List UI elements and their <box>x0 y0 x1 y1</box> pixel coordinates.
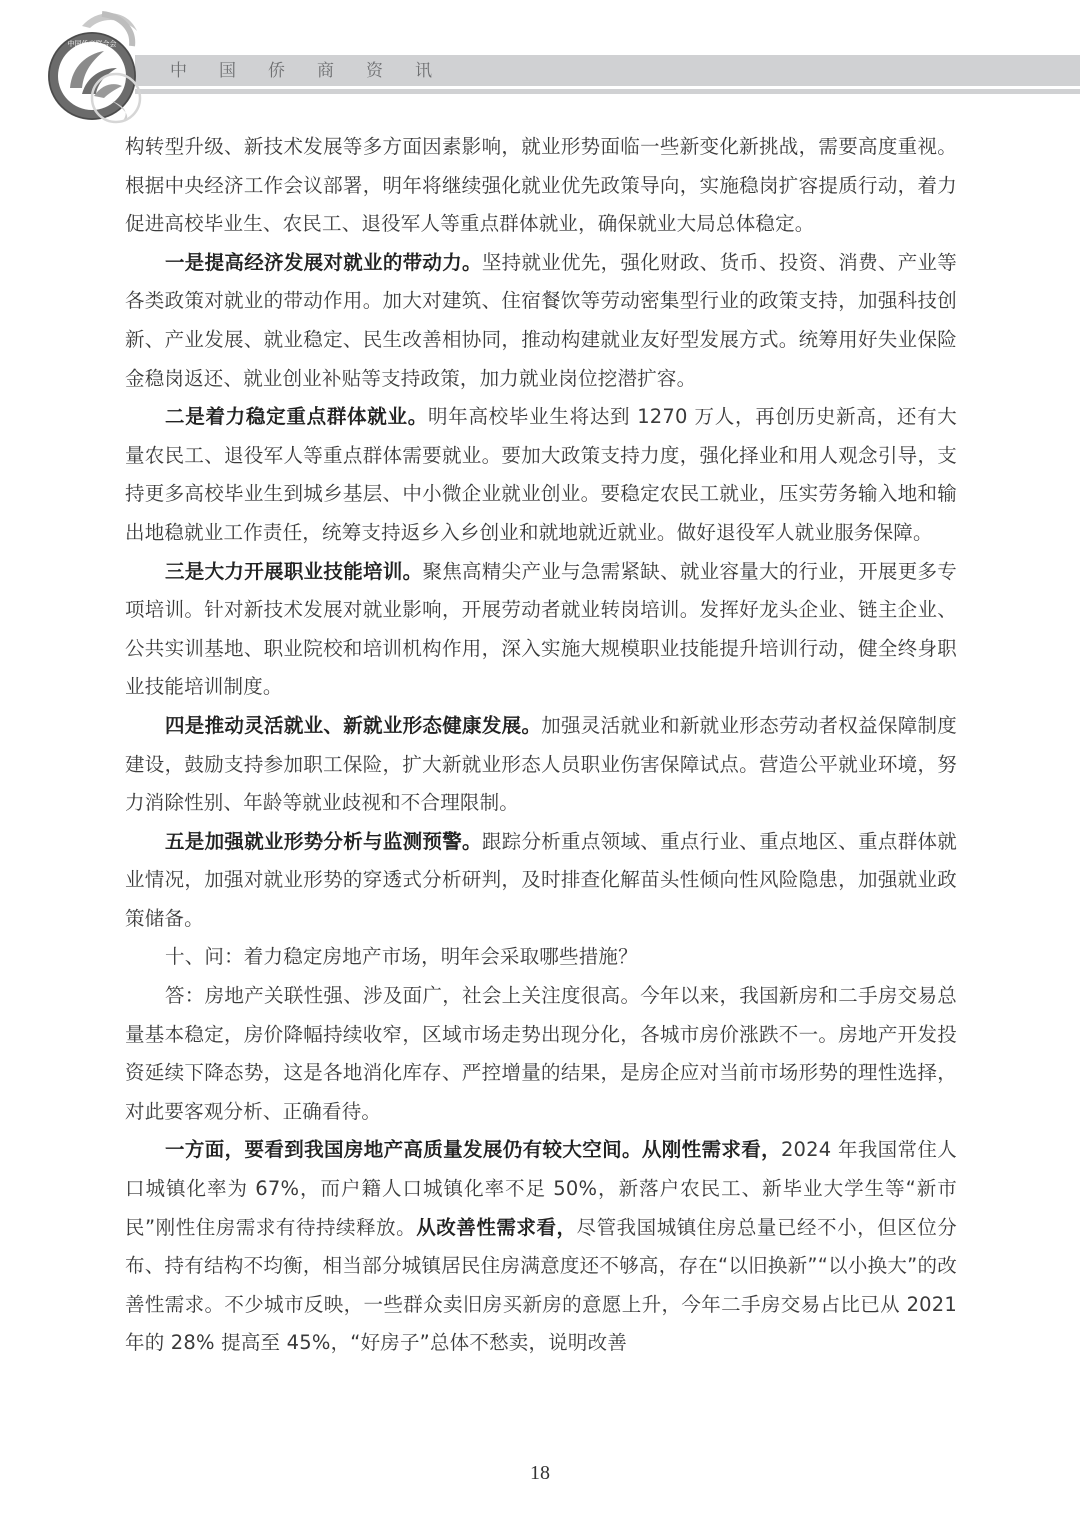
paragraph-heading: 二是着力稳定重点群体就业。 <box>165 405 428 428</box>
publication-title: 中国侨商资讯 <box>170 58 464 84</box>
paragraph-point-5: 五是加强就业形势分析与监测预警。跟踪分析重点领域、重点行业、重点地区、重点群体就… <box>125 823 957 939</box>
paragraph-intro-continued: 构转型升级、新技术发展等多方面因素影响，就业形势面临一些新变化新挑战，需要高度重… <box>125 128 957 244</box>
article-body: 构转型升级、新技术发展等多方面因素影响，就业形势面临一些新变化新挑战，需要高度重… <box>125 128 957 1363</box>
header-rule <box>135 89 1080 94</box>
paragraph-heading: 一方面，要看到我国房地产高质量发展仍有较大空间。从刚性需求看， <box>165 1138 781 1161</box>
page-number: 18 <box>0 1462 1080 1485</box>
paragraph-heading: 一是提高经济发展对就业的带动力。 <box>165 251 482 274</box>
question-10: 十、问：着力稳定房地产市场，明年会采取哪些措施？ <box>125 938 957 977</box>
paragraph-heading: 四是推动灵活就业、新就业形态健康发展。 <box>165 714 541 737</box>
paragraph-heading: 三是大力开展职业技能培训。 <box>165 560 422 583</box>
federation-logo-icon: 中国侨商联合会 <box>42 6 152 124</box>
paragraph-heading: 五是加强就业形势分析与监测预警。 <box>165 830 482 853</box>
answer-label: 答： <box>165 984 205 1007</box>
paragraph-point-3: 三是大力开展职业技能培训。聚焦高精尖产业与急需紧缺、就业容量大的行业，开展更多专… <box>125 553 957 707</box>
question-text: 十、问：着力稳定房地产市场，明年会采取哪些措施？ <box>165 945 638 968</box>
answer-10: 答：房地产关联性强、涉及面广，社会上关注度很高。今年以来，我国新房和二手房交易总… <box>125 977 957 1131</box>
paragraph-text: 构转型升级、新技术发展等多方面因素影响，就业形势面临一些新变化新挑战，需要高度重… <box>125 135 957 235</box>
svg-text:中国侨商联合会: 中国侨商联合会 <box>68 39 117 48</box>
answer-text: 房地产关联性强、涉及面广，社会上关注度很高。今年以来，我国新房和二手房交易总量基… <box>125 984 957 1123</box>
paragraph-point-2: 二是着力稳定重点群体就业。明年高校毕业生将达到 1270 万人，再创历史新高，还… <box>125 398 957 552</box>
paragraph-point-1: 一是提高经济发展对就业的带动力。坚持就业优先，强化财政、货币、投资、消费、产业等… <box>125 244 957 398</box>
paragraph-housing-demand: 一方面，要看到我国房地产高质量发展仍有较大空间。从刚性需求看，2024 年我国常… <box>125 1131 957 1363</box>
paragraph-subheading: 从改善性需求看， <box>416 1216 576 1239</box>
paragraph-point-4: 四是推动灵活就业、新就业形态健康发展。加强灵活就业和新就业形态劳动者权益保障制度… <box>125 707 957 823</box>
